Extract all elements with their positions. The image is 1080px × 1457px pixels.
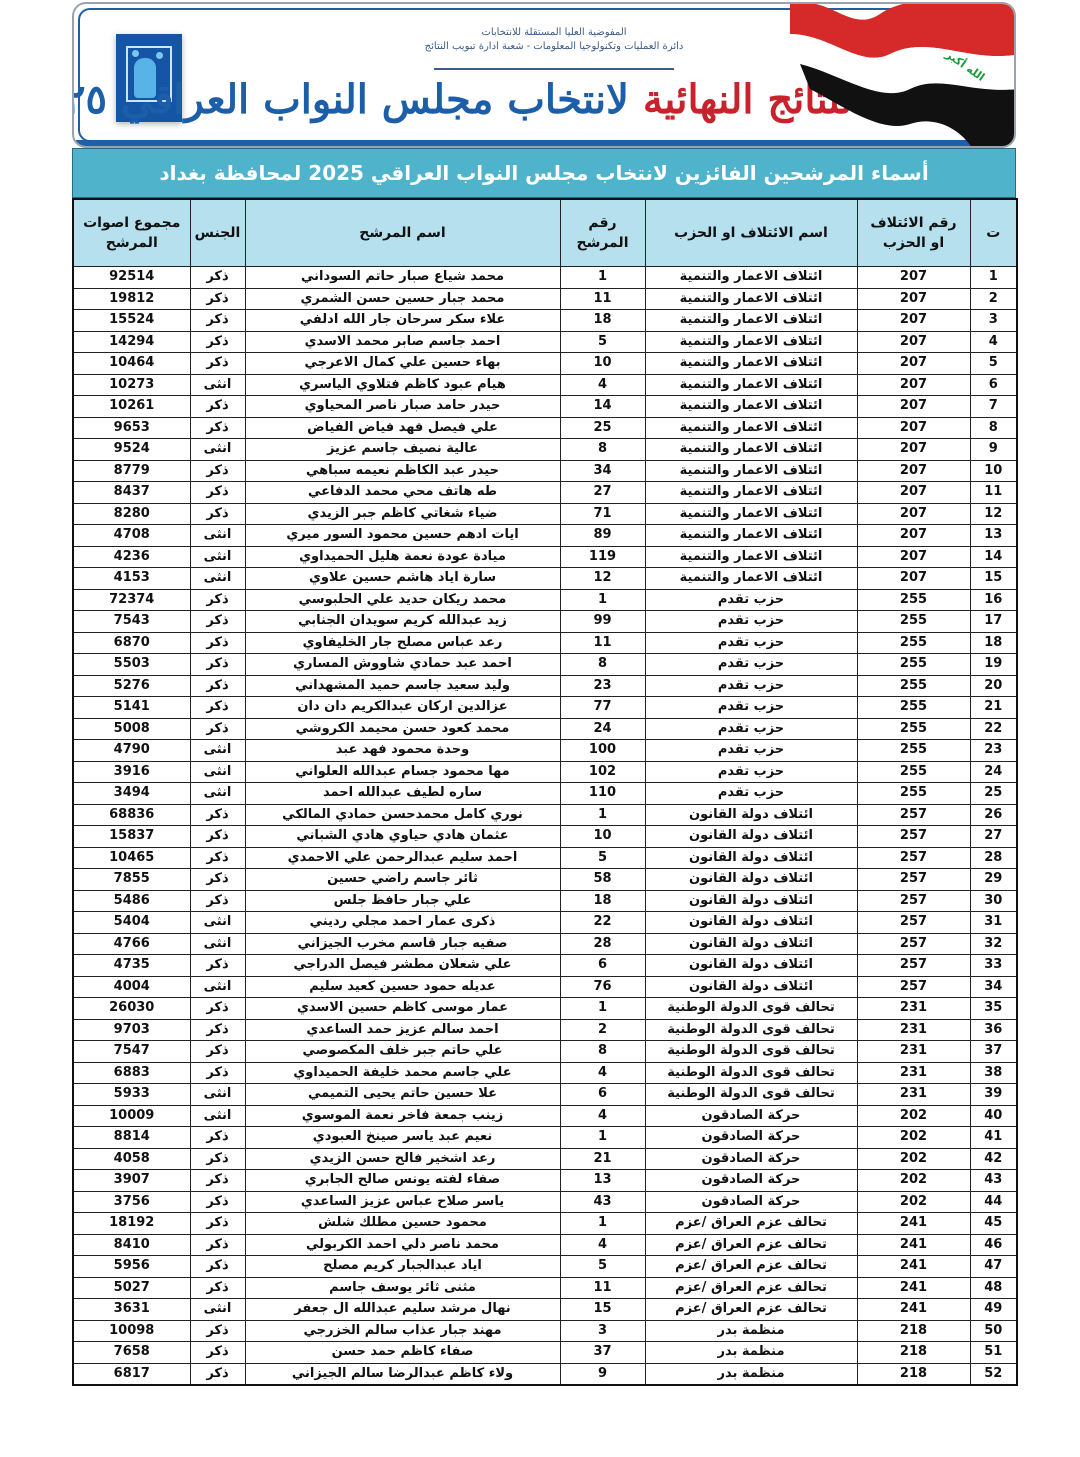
cell-seq: 8: [970, 417, 1017, 439]
header-party-name: اسم الائتلاف او الحزب: [645, 199, 857, 267]
cell-seq: 24: [970, 761, 1017, 783]
cell-candidate-number: 5: [560, 847, 645, 869]
cell-candidate-name: محمد شياع صبار حاتم السوداني: [245, 267, 560, 289]
cell-candidate-number: 1: [560, 267, 645, 289]
cell-candidate-name: ولاء كاظم عبدالرضا سالم الجيزاني: [245, 1363, 560, 1385]
cell-party-number: 241: [857, 1213, 970, 1235]
cell-party-name: حزب تقدم: [645, 740, 857, 762]
cell-seq: 10: [970, 460, 1017, 482]
cell-party-name: ائتلاف دولة القانون: [645, 890, 857, 912]
cell-candidate-name: صفيه جبار قاسم مخرب الجيزاني: [245, 933, 560, 955]
cell-party-number: 241: [857, 1299, 970, 1321]
table-row: 51218منظمة بدر37صفاء كاظم حمد حسنذكر7658: [73, 1342, 1017, 1364]
cell-votes: 3494: [73, 783, 190, 805]
cell-votes: 8437: [73, 482, 190, 504]
cell-gender: ذكر: [190, 697, 245, 719]
table-row: 10207ائتلاف الاعمار والتنمية34حيدر عبد ا…: [73, 460, 1017, 482]
table-row: 15207ائتلاف الاعمار والتنمية12سارة اياد …: [73, 568, 1017, 590]
cell-party-number: 257: [857, 890, 970, 912]
cell-candidate-name: طه هاتف محي محمد الدفاعي: [245, 482, 560, 504]
cell-candidate-name: علي حاتم جبر خلف المكصوصي: [245, 1041, 560, 1063]
cell-gender: انثى: [190, 976, 245, 998]
cell-party-number: 231: [857, 1062, 970, 1084]
table-row: 44202حركة الصادقون43ياسر صلاح عباس عزيز …: [73, 1191, 1017, 1213]
table-row: 35231تحالف قوى الدولة الوطنية1عمار موسى …: [73, 998, 1017, 1020]
cell-candidate-name: ايات ادهم حسين محمود السور ميري: [245, 525, 560, 547]
cell-party-number: 207: [857, 374, 970, 396]
cell-gender: انثى: [190, 933, 245, 955]
cell-party-name: حزب تقدم: [645, 783, 857, 805]
cell-gender: ذكر: [190, 353, 245, 375]
cell-candidate-name: نوري كامل محمدحسن حمادي المالكي: [245, 804, 560, 826]
cell-votes: 10098: [73, 1320, 190, 1342]
cell-votes: 10273: [73, 374, 190, 396]
cell-votes: 9653: [73, 417, 190, 439]
logo-hand-right: [156, 52, 163, 59]
cell-seq: 25: [970, 783, 1017, 805]
cell-candidate-number: 8: [560, 1041, 645, 1063]
table-row: 43202حركة الصادقون13صفاء لفته يونس صالح …: [73, 1170, 1017, 1192]
cell-votes: 92514: [73, 267, 190, 289]
cell-candidate-number: 18: [560, 890, 645, 912]
cell-gender: ذكر: [190, 1148, 245, 1170]
cell-party-name: ائتلاف الاعمار والتنمية: [645, 460, 857, 482]
cell-party-number: 255: [857, 589, 970, 611]
logo-hand-left: [132, 50, 139, 57]
cell-gender: ذكر: [190, 589, 245, 611]
table-row: 22255حزب تقدم24محمد كعود حسن محيمد الكرو…: [73, 718, 1017, 740]
cell-seq: 26: [970, 804, 1017, 826]
cell-party-number: 202: [857, 1170, 970, 1192]
cell-party-number: 207: [857, 503, 970, 525]
cell-seq: 19: [970, 654, 1017, 676]
cell-gender: انثى: [190, 783, 245, 805]
cell-candidate-number: 8: [560, 654, 645, 676]
cell-candidate-number: 11: [560, 1277, 645, 1299]
cell-candidate-name: سارة اياد هاشم حسين علاوي: [245, 568, 560, 590]
cell-votes: 68836: [73, 804, 190, 826]
cell-candidate-number: 15: [560, 1299, 645, 1321]
cell-party-name: ائتلاف الاعمار والتنمية: [645, 310, 857, 332]
cell-party-number: 207: [857, 310, 970, 332]
cell-candidate-number: 8: [560, 439, 645, 461]
cell-seq: 4: [970, 331, 1017, 353]
cell-party-number: 255: [857, 632, 970, 654]
cell-party-number: 241: [857, 1256, 970, 1278]
cell-gender: ذكر: [190, 331, 245, 353]
organization-text: المفوضية العليا المستقلة للانتخابات دائر…: [404, 26, 704, 54]
cell-party-name: تحالف عزم العراق /عزم: [645, 1256, 857, 1278]
cell-party-name: حركة الصادقون: [645, 1148, 857, 1170]
table-row: 3207ائتلاف الاعمار والتنمية18علاء سكر سر…: [73, 310, 1017, 332]
table-row: 33257ائتلاف دولة القانون6علي شعلان مطشر …: [73, 955, 1017, 977]
cell-gender: ذكر: [190, 1363, 245, 1385]
table-row: 27257ائتلاف دولة القانون10عثمان هادي حيا…: [73, 826, 1017, 848]
cell-party-number: 207: [857, 288, 970, 310]
cell-party-name: حركة الصادقون: [645, 1127, 857, 1149]
cell-candidate-number: 24: [560, 718, 645, 740]
cell-party-name: حزب تقدم: [645, 632, 857, 654]
cell-candidate-name: محمود حسين مطلك شلش: [245, 1213, 560, 1235]
cell-gender: ذكر: [190, 503, 245, 525]
table-row: 26257ائتلاف دولة القانون1نوري كامل محمدح…: [73, 804, 1017, 826]
cell-seq: 14: [970, 546, 1017, 568]
cell-candidate-number: 27: [560, 482, 645, 504]
cell-candidate-name: عزالدين اركان عبدالكريم دان دان: [245, 697, 560, 719]
cell-party-name: ائتلاف دولة القانون: [645, 976, 857, 998]
cell-candidate-name: مثنى ثائر يوسف جاسم: [245, 1277, 560, 1299]
header-votes: مجموع اصوات المرشح: [73, 199, 190, 267]
cell-party-number: 207: [857, 460, 970, 482]
table-row: 19255حزب تقدم8احمد عبد حمادي شاووش المسا…: [73, 654, 1017, 676]
cell-votes: 4766: [73, 933, 190, 955]
cell-votes: 9524: [73, 439, 190, 461]
cell-candidate-number: 1: [560, 804, 645, 826]
cell-candidate-number: 34: [560, 460, 645, 482]
cell-candidate-name: حيدر حامد صبار ناصر المحياوي: [245, 396, 560, 418]
cell-party-number: 257: [857, 933, 970, 955]
cell-votes: 5027: [73, 1277, 190, 1299]
cell-candidate-name: علي شعلان مطشر فيصل الدراجي: [245, 955, 560, 977]
cell-party-name: حزب تقدم: [645, 589, 857, 611]
cell-seq: 42: [970, 1148, 1017, 1170]
cell-candidate-number: 76: [560, 976, 645, 998]
table-row: 46241تحالف عزم العراق /عزم4محمد ناصر دلي…: [73, 1234, 1017, 1256]
cell-party-number: 207: [857, 267, 970, 289]
cell-party-number: 255: [857, 675, 970, 697]
cell-party-number: 255: [857, 697, 970, 719]
cell-seq: 33: [970, 955, 1017, 977]
cell-candidate-name: احمد عبد حمادي شاووش المساري: [245, 654, 560, 676]
cell-candidate-name: ساره لطيف عبدالله احمد: [245, 783, 560, 805]
cell-seq: 51: [970, 1342, 1017, 1364]
cell-party-name: ائتلاف دولة القانون: [645, 933, 857, 955]
cell-seq: 31: [970, 912, 1017, 934]
cell-seq: 11: [970, 482, 1017, 504]
cell-gender: ذكر: [190, 847, 245, 869]
cell-party-number: 231: [857, 998, 970, 1020]
cell-seq: 21: [970, 697, 1017, 719]
table-row: 24255حزب تقدم102مها محمود جسام عبدالله ا…: [73, 761, 1017, 783]
cell-candidate-number: 100: [560, 740, 645, 762]
cell-candidate-number: 5: [560, 1256, 645, 1278]
table-row: 38231تحالف قوى الدولة الوطنية4علي جاسم م…: [73, 1062, 1017, 1084]
cell-gender: ذكر: [190, 396, 245, 418]
cell-party-number: 257: [857, 804, 970, 826]
cell-party-number: 207: [857, 353, 970, 375]
cell-votes: 5503: [73, 654, 190, 676]
cell-votes: 10465: [73, 847, 190, 869]
cell-gender: انثى: [190, 1299, 245, 1321]
cell-votes: 4708: [73, 525, 190, 547]
cell-party-number: 207: [857, 331, 970, 353]
cell-candidate-name: مهند جبار عذاب سالم الخزرجي: [245, 1320, 560, 1342]
cell-gender: ذكر: [190, 998, 245, 1020]
header-seq: ت: [970, 199, 1017, 267]
cell-party-name: تحالف قوى الدولة الوطنية: [645, 1041, 857, 1063]
cell-candidate-number: 22: [560, 912, 645, 934]
table-row: 17255حزب تقدم99زيد عبدالله كريم سويدان ا…: [73, 611, 1017, 633]
table-row: 40202حركة الصادقون4زينب جمعة فاخر نعمة ا…: [73, 1105, 1017, 1127]
cell-gender: ذكر: [190, 718, 245, 740]
table-row: 7207ائتلاف الاعمار والتنمية14حيدر حامد ص…: [73, 396, 1017, 418]
cell-candidate-number: 1: [560, 1213, 645, 1235]
cell-candidate-number: 1: [560, 998, 645, 1020]
cell-party-name: ائتلاف الاعمار والتنمية: [645, 288, 857, 310]
cell-gender: ذكر: [190, 1234, 245, 1256]
cell-party-name: تحالف عزم العراق /عزم: [645, 1234, 857, 1256]
cell-gender: ذكر: [190, 267, 245, 289]
cell-votes: 10261: [73, 396, 190, 418]
cell-seq: 43: [970, 1170, 1017, 1192]
table-row: 32257ائتلاف دولة القانون28صفيه جبار قاسم…: [73, 933, 1017, 955]
cell-gender: ذكر: [190, 1170, 245, 1192]
cell-party-name: ائتلاف الاعمار والتنمية: [645, 353, 857, 375]
cell-candidate-number: 14: [560, 396, 645, 418]
cell-party-number: 218: [857, 1320, 970, 1342]
cell-seq: 30: [970, 890, 1017, 912]
cell-party-name: تحالف قوى الدولة الوطنية: [645, 1084, 857, 1106]
cell-party-number: 218: [857, 1363, 970, 1385]
iraq-flag-icon: الله أكبر: [770, 2, 1016, 148]
cell-candidate-name: محمد كعود حسن محيمد الكروشي: [245, 718, 560, 740]
cell-seq: 1: [970, 267, 1017, 289]
cell-party-number: 257: [857, 847, 970, 869]
cell-votes: 4790: [73, 740, 190, 762]
cell-candidate-number: 18: [560, 310, 645, 332]
cell-candidate-number: 2: [560, 1019, 645, 1041]
cell-seq: 6: [970, 374, 1017, 396]
cell-candidate-name: رعد اشخير فالح حسن الزيدي: [245, 1148, 560, 1170]
table-row: 31257ائتلاف دولة القانون22ذكرى عمار احمد…: [73, 912, 1017, 934]
cell-votes: 5956: [73, 1256, 190, 1278]
cell-candidate-number: 89: [560, 525, 645, 547]
cell-party-name: تحالف عزم العراق /عزم: [645, 1213, 857, 1235]
table-row: 49241تحالف عزم العراق /عزم15نهال مرشد سل…: [73, 1299, 1017, 1321]
cell-candidate-name: علي جاسم محمد خليفة الحميداوي: [245, 1062, 560, 1084]
table-row: 41202حركة الصادقون1نعيم عبد ياسر صينخ ال…: [73, 1127, 1017, 1149]
cell-gender: ذكر: [190, 890, 245, 912]
cell-gender: انثى: [190, 568, 245, 590]
cell-candidate-name: اياد عبدالجبار كريم مصلح: [245, 1256, 560, 1278]
table-row: 42202حركة الصادقون21رعد اشخير فالح حسن ا…: [73, 1148, 1017, 1170]
cell-gender: ذكر: [190, 1062, 245, 1084]
table-body: 1207ائتلاف الاعمار والتنمية1محمد شياع صب…: [73, 267, 1017, 1386]
cell-party-number: 257: [857, 976, 970, 998]
cell-party-number: 255: [857, 740, 970, 762]
cell-party-number: 207: [857, 417, 970, 439]
cell-party-name: منظمة بدر: [645, 1363, 857, 1385]
cell-votes: 5933: [73, 1084, 190, 1106]
cell-party-name: تحالف عزم العراق /عزم: [645, 1299, 857, 1321]
cell-votes: 6883: [73, 1062, 190, 1084]
winners-table: ت رقم الائتلاف او الحزب اسم الائتلاف او …: [72, 198, 1018, 1386]
cell-candidate-name: علي فيصل فهد فياض الفياض: [245, 417, 560, 439]
header-gender: الجنس: [190, 199, 245, 267]
cell-candidate-number: 12: [560, 568, 645, 590]
cell-candidate-number: 4: [560, 1062, 645, 1084]
cell-seq: 20: [970, 675, 1017, 697]
cell-party-number: 207: [857, 546, 970, 568]
cell-candidate-number: 4: [560, 1105, 645, 1127]
cell-candidate-name: علا حسين حاتم يحيى التميمي: [245, 1084, 560, 1106]
cell-candidate-name: نهال مرشد سليم عبدالله ال جعفر: [245, 1299, 560, 1321]
cell-seq: 28: [970, 847, 1017, 869]
cell-candidate-number: 4: [560, 374, 645, 396]
cell-gender: ذكر: [190, 1019, 245, 1041]
cell-party-name: ائتلاف دولة القانون: [645, 826, 857, 848]
table-row: 30257ائتلاف دولة القانون18علي جبار حافظ …: [73, 890, 1017, 912]
cell-party-name: ائتلاف دولة القانون: [645, 847, 857, 869]
cell-party-number: 207: [857, 525, 970, 547]
cell-candidate-name: احمد جاسم صابر محمد الاسدي: [245, 331, 560, 353]
cell-seq: 29: [970, 869, 1017, 891]
cell-votes: 7543: [73, 611, 190, 633]
header-banner: المفوضية العليا المستقلة للانتخابات دائر…: [72, 2, 1016, 148]
cell-votes: 3907: [73, 1170, 190, 1192]
cell-candidate-number: 9: [560, 1363, 645, 1385]
cell-seq: 44: [970, 1191, 1017, 1213]
cell-party-name: تحالف قوى الدولة الوطنية: [645, 1062, 857, 1084]
table-row: 39231تحالف قوى الدولة الوطنية6علا حسين ح…: [73, 1084, 1017, 1106]
cell-candidate-name: علاء سكر سرحان جار الله ادلفي: [245, 310, 560, 332]
cell-gender: ذكر: [190, 675, 245, 697]
header-candidate-name: اسم المرشح: [245, 199, 560, 267]
table-header-row: ت رقم الائتلاف او الحزب اسم الائتلاف او …: [73, 199, 1017, 267]
cell-votes: 7658: [73, 1342, 190, 1364]
cell-party-name: حزب تقدم: [645, 675, 857, 697]
cell-votes: 10464: [73, 353, 190, 375]
cell-seq: 16: [970, 589, 1017, 611]
cell-party-name: حزب تقدم: [645, 611, 857, 633]
cell-gender: ذكر: [190, 1277, 245, 1299]
table-row: 5207ائتلاف الاعمار والتنمية10بهاء حسين ع…: [73, 353, 1017, 375]
cell-candidate-name: ضياء شغاتي كاظم جبر الزيدي: [245, 503, 560, 525]
cell-party-number: 231: [857, 1041, 970, 1063]
cell-seq: 17: [970, 611, 1017, 633]
cell-candidate-number: 21: [560, 1148, 645, 1170]
table-row: 25255حزب تقدم110ساره لطيف عبدالله احمدان…: [73, 783, 1017, 805]
cell-seq: 49: [970, 1299, 1017, 1321]
cell-candidate-name: مها محمود جسام عبدالله العلواني: [245, 761, 560, 783]
cell-candidate-name: بهاء حسين علي كمال الاعرجي: [245, 353, 560, 375]
cell-gender: ذكر: [190, 460, 245, 482]
cell-gender: ذكر: [190, 1041, 245, 1063]
cell-gender: ذكر: [190, 1191, 245, 1213]
table-row: 36231تحالف قوى الدولة الوطنية2احمد سالم …: [73, 1019, 1017, 1041]
cell-candidate-number: 1: [560, 589, 645, 611]
table-row: 47241تحالف عزم العراق /عزم5اياد عبدالجبا…: [73, 1256, 1017, 1278]
cell-seq: 38: [970, 1062, 1017, 1084]
table-row: 16255حزب تقدم1محمد ريكان حديد علي الحلبو…: [73, 589, 1017, 611]
cell-party-number: 255: [857, 611, 970, 633]
cell-candidate-number: 102: [560, 761, 645, 783]
cell-candidate-number: 58: [560, 869, 645, 891]
cell-party-name: ائتلاف الاعمار والتنمية: [645, 525, 857, 547]
cell-party-number: 255: [857, 761, 970, 783]
table-row: 1207ائتلاف الاعمار والتنمية1محمد شياع صب…: [73, 267, 1017, 289]
table-row: 4207ائتلاف الاعمار والتنمية5احمد جاسم صا…: [73, 331, 1017, 353]
cell-candidate-name: نعيم عبد ياسر صينخ العبودي: [245, 1127, 560, 1149]
cell-seq: 36: [970, 1019, 1017, 1041]
cell-party-number: 255: [857, 718, 970, 740]
cell-gender: ذكر: [190, 417, 245, 439]
cell-party-name: ائتلاف الاعمار والتنمية: [645, 396, 857, 418]
cell-gender: ذكر: [190, 955, 245, 977]
cell-party-number: 218: [857, 1342, 970, 1364]
cell-votes: 14294: [73, 331, 190, 353]
cell-seq: 40: [970, 1105, 1017, 1127]
cell-candidate-name: زيد عبدالله كريم سويدان الجنابي: [245, 611, 560, 633]
cell-party-number: 202: [857, 1127, 970, 1149]
cell-votes: 5404: [73, 912, 190, 934]
cell-party-number: 231: [857, 1084, 970, 1106]
cell-party-number: 257: [857, 869, 970, 891]
cell-candidate-name: ميادة عودة نعمة هليل الحميداوي: [245, 546, 560, 568]
cell-party-number: 255: [857, 654, 970, 676]
cell-votes: 10009: [73, 1105, 190, 1127]
cell-seq: 15: [970, 568, 1017, 590]
cell-party-name: ائتلاف الاعمار والتنمية: [645, 503, 857, 525]
table-row: 12207ائتلاف الاعمار والتنمية71ضياء شغاتي…: [73, 503, 1017, 525]
cell-gender: انثى: [190, 546, 245, 568]
table-row: 8207ائتلاف الاعمار والتنمية25علي فيصل فه…: [73, 417, 1017, 439]
cell-party-number: 257: [857, 955, 970, 977]
cell-votes: 3916: [73, 761, 190, 783]
cell-seq: 47: [970, 1256, 1017, 1278]
cell-candidate-name: احمد سليم عبدالرحمن علي الاحمدي: [245, 847, 560, 869]
cell-party-number: 202: [857, 1148, 970, 1170]
cell-party-number: 207: [857, 482, 970, 504]
cell-candidate-number: 11: [560, 288, 645, 310]
cell-party-name: ائتلاف الاعمار والتنمية: [645, 267, 857, 289]
cell-seq: 50: [970, 1320, 1017, 1342]
header-party-number: رقم الائتلاف او الحزب: [857, 199, 970, 267]
cell-party-name: ائتلاف دولة القانون: [645, 955, 857, 977]
cell-votes: 4004: [73, 976, 190, 998]
cell-candidate-name: ذكرى عمار احمد مجلي رديني: [245, 912, 560, 934]
cell-seq: 5: [970, 353, 1017, 375]
cell-gender: ذكر: [190, 1127, 245, 1149]
cell-seq: 46: [970, 1234, 1017, 1256]
cell-party-name: منظمة بدر: [645, 1320, 857, 1342]
cell-seq: 35: [970, 998, 1017, 1020]
cell-gender: ذكر: [190, 310, 245, 332]
cell-party-number: 207: [857, 396, 970, 418]
table-row: 28257ائتلاف دولة القانون5احمد سليم عبدال…: [73, 847, 1017, 869]
table-row: 20255حزب تقدم23وليد سعيد جاسم حميد المشه…: [73, 675, 1017, 697]
cell-gender: انثى: [190, 439, 245, 461]
cell-party-name: تحالف قوى الدولة الوطنية: [645, 1019, 857, 1041]
cell-seq: 12: [970, 503, 1017, 525]
cell-votes: 15524: [73, 310, 190, 332]
cell-party-name: ائتلاف الاعمار والتنمية: [645, 546, 857, 568]
cell-votes: 5141: [73, 697, 190, 719]
cell-votes: 15837: [73, 826, 190, 848]
cell-party-name: حركة الصادقون: [645, 1105, 857, 1127]
cell-candidate-name: حيدر عبد الكاظم نعيمه سباهي: [245, 460, 560, 482]
cell-candidate-name: محمد جبار حسين حسن الشمري: [245, 288, 560, 310]
cell-seq: 48: [970, 1277, 1017, 1299]
cell-party-number: 241: [857, 1234, 970, 1256]
cell-gender: انثى: [190, 761, 245, 783]
cell-votes: 8410: [73, 1234, 190, 1256]
cell-party-name: حركة الصادقون: [645, 1191, 857, 1213]
cell-candidate-number: 6: [560, 955, 645, 977]
table-row: 50218منظمة بدر3مهند جبار عذاب سالم الخزر…: [73, 1320, 1017, 1342]
cell-gender: ذكر: [190, 869, 245, 891]
cell-seq: 3: [970, 310, 1017, 332]
